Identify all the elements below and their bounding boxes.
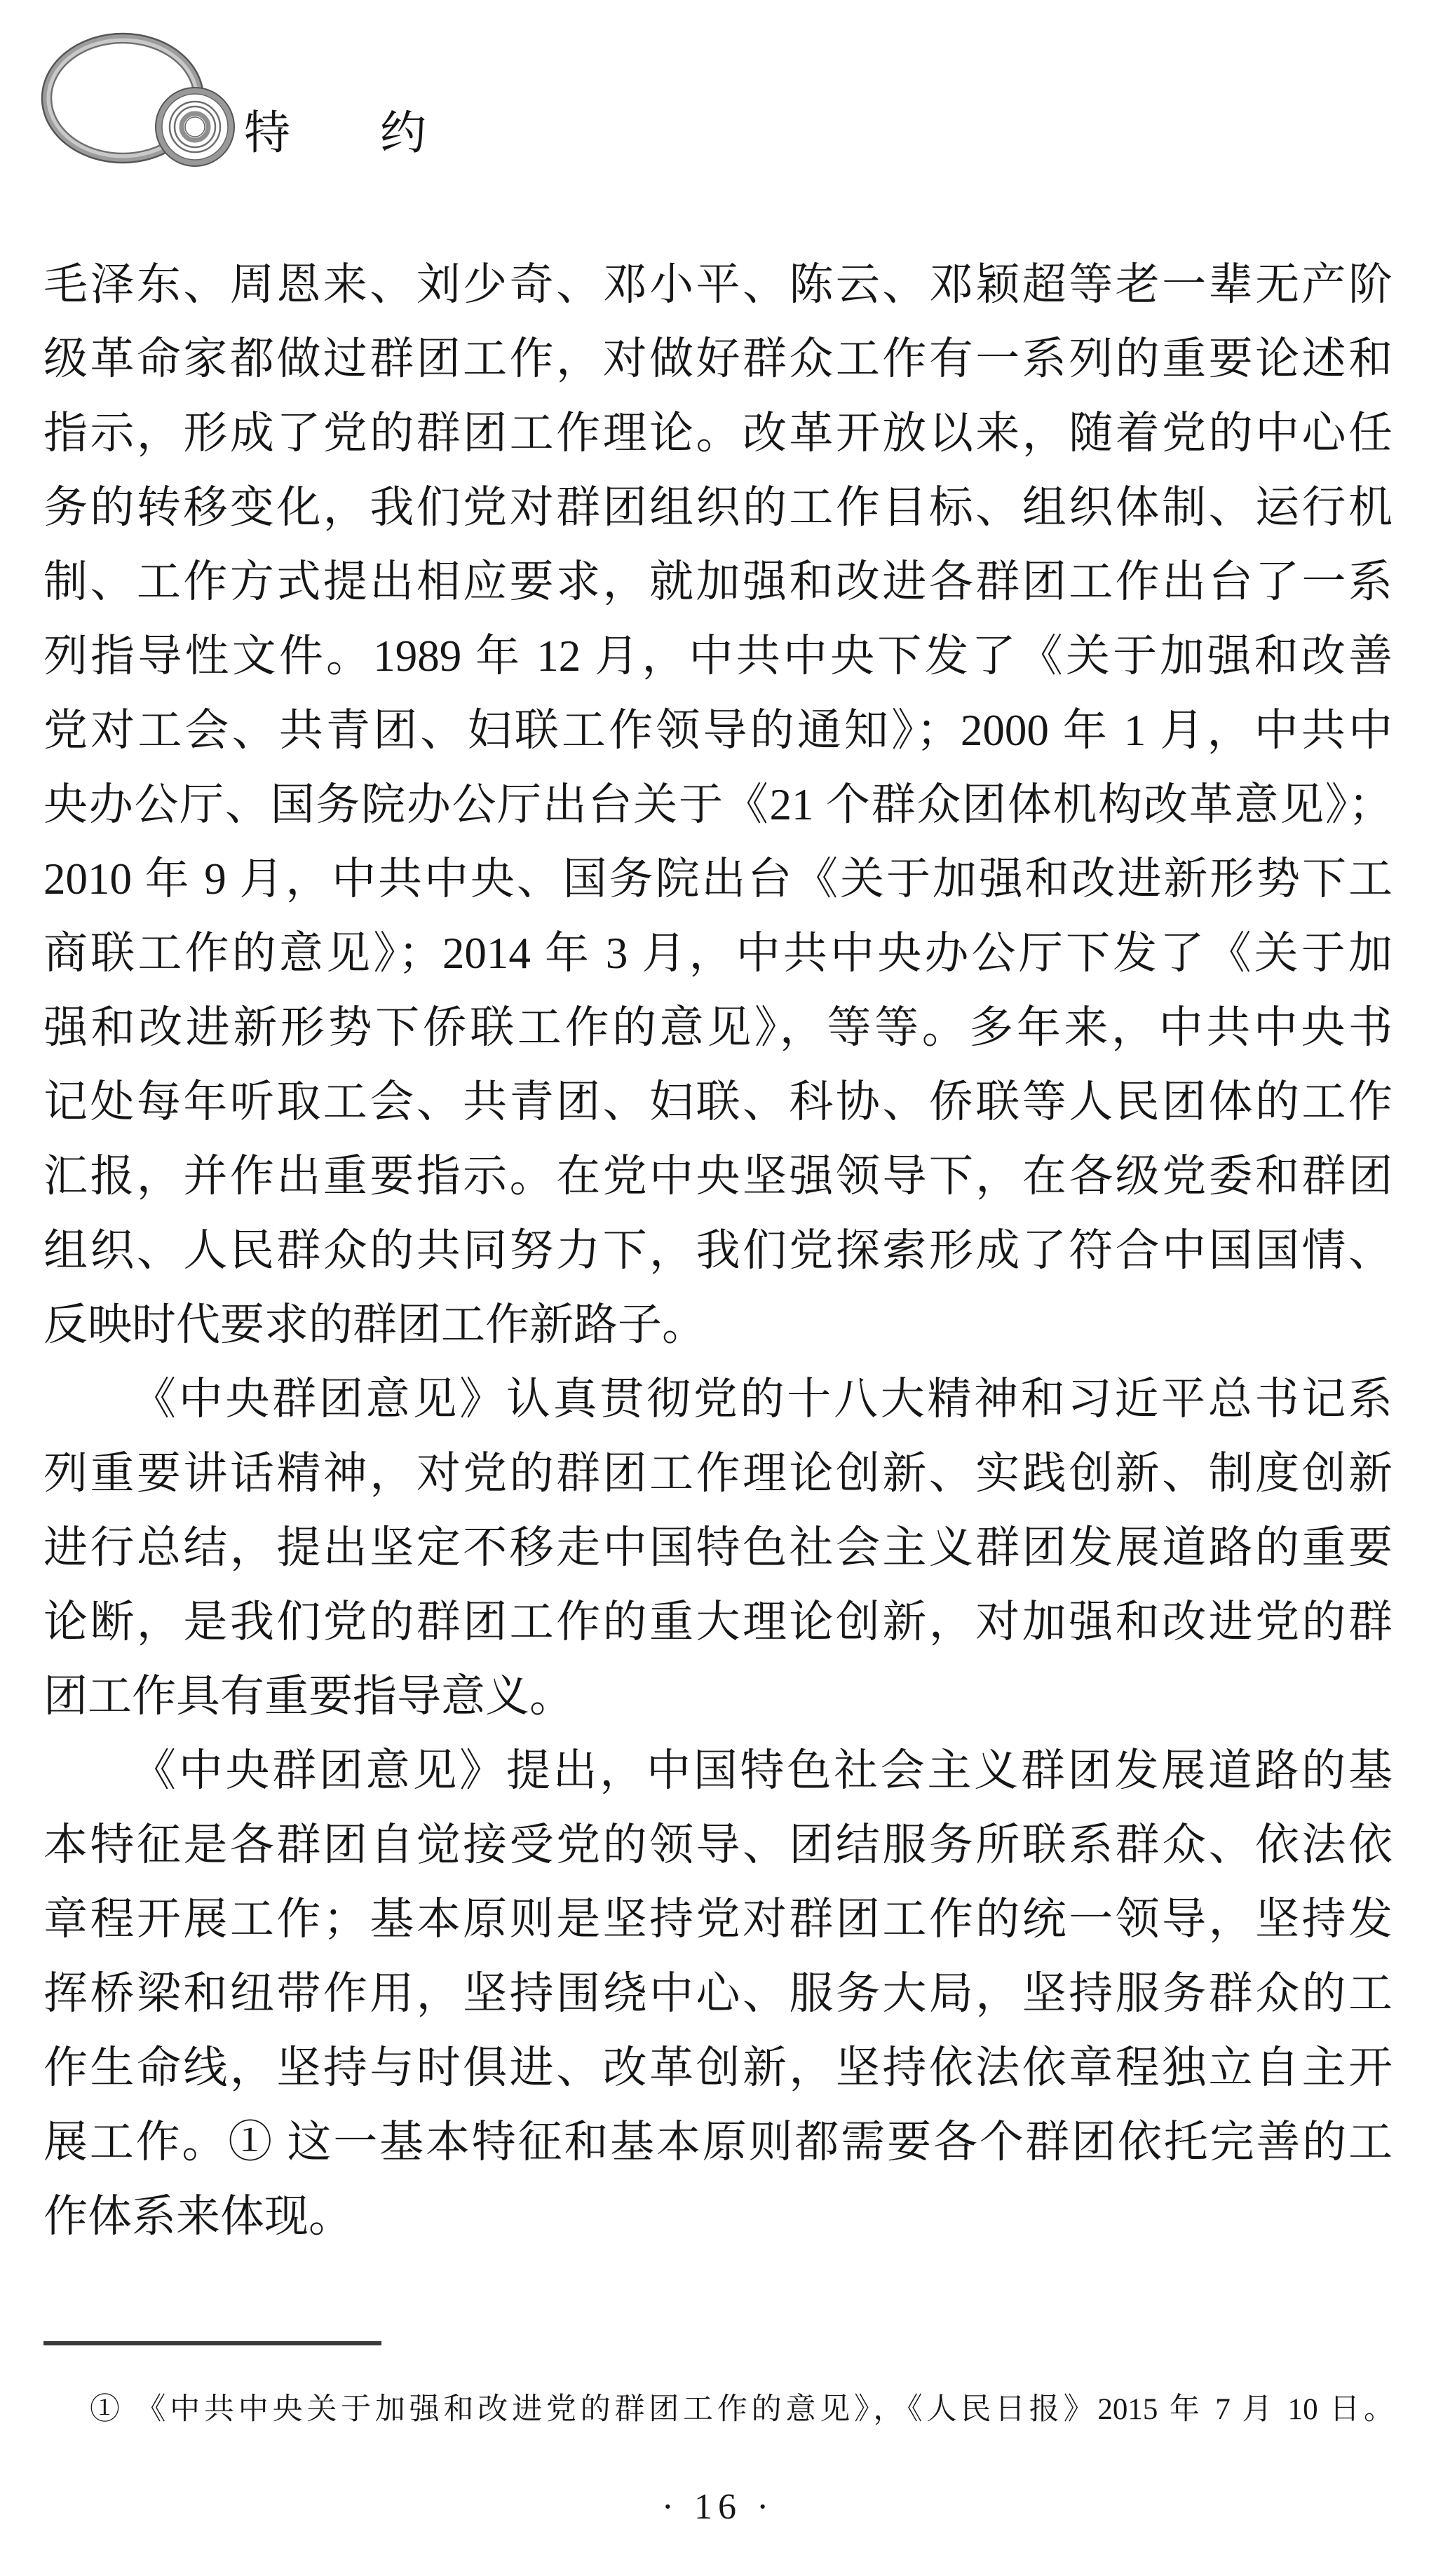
body-text-line: 汇报，并作出重要指示。在党中央坚强领导下，在各级党委和群团 [43,1139,1393,1213]
body-text-line: 党对工会、共青团、妇联工作领导的通知》；2000 年 1 月，中共中 [43,693,1393,768]
column-title: 特 约 [244,111,426,157]
body-text-line: 毛泽东、周恩来、刘少奇、邓小平、陈云、邓颖超等老一辈无产阶 [43,247,1393,322]
body-text: 毛泽东、周恩来、刘少奇、邓小平、陈云、邓颖超等老一辈无产阶 级革命家都做过群团工… [43,247,1393,2254]
body-text-line: 进行总结，提出坚定不移走中国特色社会主义群团发展道路的重要 [43,1511,1393,1585]
column-title-char-2: 约 [380,111,426,157]
paragraph-2: 《中央群团意见》认真贯彻党的十八大精神和习近平总书记系 列重要讲话精神，对党的群… [43,1362,1393,1733]
footnote-divider [43,2341,381,2345]
rings-logo-icon [39,32,235,168]
body-text-line: 商联工作的意见》；2014 年 3 月，中共中央办公厅下发了《关于加 [43,916,1393,990]
body-text-line: 本特征是各群团自觉接受党的领导、团结服务所联系群众、依法依 [43,1808,1393,1882]
body-text-line: 记处每年听取工会、共青团、妇联、科协、侨联等人民团体的工作 [43,1065,1393,1139]
paragraph-3: 《中央群团意见》提出，中国特色社会主义群团发展道路的基 本特征是各群团自觉接受党… [43,1733,1393,2254]
body-text-line: 团工作具有重要指导意义。 [43,1659,1393,1733]
body-text-line: 论断，是我们党的群团工作的重大理论创新，对加强和改进党的群 [43,1585,1393,1659]
body-text-line: 《中央群团意见》认真贯彻党的十八大精神和习近平总书记系 [43,1362,1393,1436]
body-text-line: 《中央群团意见》提出，中国特色社会主义群团发展道路的基 [43,1733,1393,1808]
body-text-line: 展工作。① 这一基本特征和基本原则都需要各个群团依托完善的工 [43,2105,1393,2179]
paragraph-1: 毛泽东、周恩来、刘少奇、邓小平、陈云、邓颖超等老一辈无产阶 级革命家都做过群团工… [43,247,1393,1362]
body-text-line: 组织、人民群众的共同努力下，我们党探索形成了符合中国国情、 [43,1213,1393,1288]
body-text-line: 指示，形成了党的群团工作理论。改革开放以来，随着党的中心任 [43,396,1393,470]
document-page: 特 约 毛泽东、周恩来、刘少奇、邓小平、陈云、邓颖超等老一辈无产阶 级革命家都做… [0,0,1436,2576]
footnote: ① 《中共中央关于加强和改进党的群团工作的意见》，《人民日报》2015 年 7 … [43,2389,1394,2431]
body-text-line: 作生命线，坚持与时俱进、改革创新，坚持依法依章程独立自主开 [43,2031,1393,2105]
body-text-line: 作体系来体现。 [43,2179,1393,2254]
body-text-line: 强和改进新形势下侨联工作的意见》，等等。多年来，中共中央书 [43,990,1393,1065]
body-text-line: 央办公厅、国务院办公厅出台关于《21 个群众团体机构改革意见》； [43,768,1393,842]
body-text-line: 级革命家都做过群团工作，对做好群众工作有一系列的重要论述和 [43,322,1393,396]
body-text-line: 2010 年 9 月，中共中央、国务院出台《关于加强和改进新形势下工 [43,842,1393,916]
body-text-line: 列重要讲话精神，对党的群团工作理论创新、实践创新、制度创新 [43,1436,1393,1511]
body-text-line: 制、工作方式提出相应要求，就加强和改进各群团工作出台了一系 [43,545,1393,619]
body-text-line: 务的转移变化，我们党对群团组织的工作目标、组织体制、运行机 [43,470,1393,545]
body-text-line: 挥桥梁和纽带作用，坚持围绕中心、服务大局，坚持服务群众的工 [43,1956,1393,2031]
body-text-line: 章程开展工作；基本原则是坚持党对群团工作的统一领导，坚持发 [43,1882,1393,1956]
column-title-char-1: 特 [244,111,290,157]
page-number: · 16 · [0,2485,1436,2530]
body-text-line: 列指导性文件。1989 年 12 月，中共中央下发了《关于加强和改善 [43,619,1393,693]
body-text-line: 反映时代要求的群团工作新路子。 [43,1288,1393,1362]
